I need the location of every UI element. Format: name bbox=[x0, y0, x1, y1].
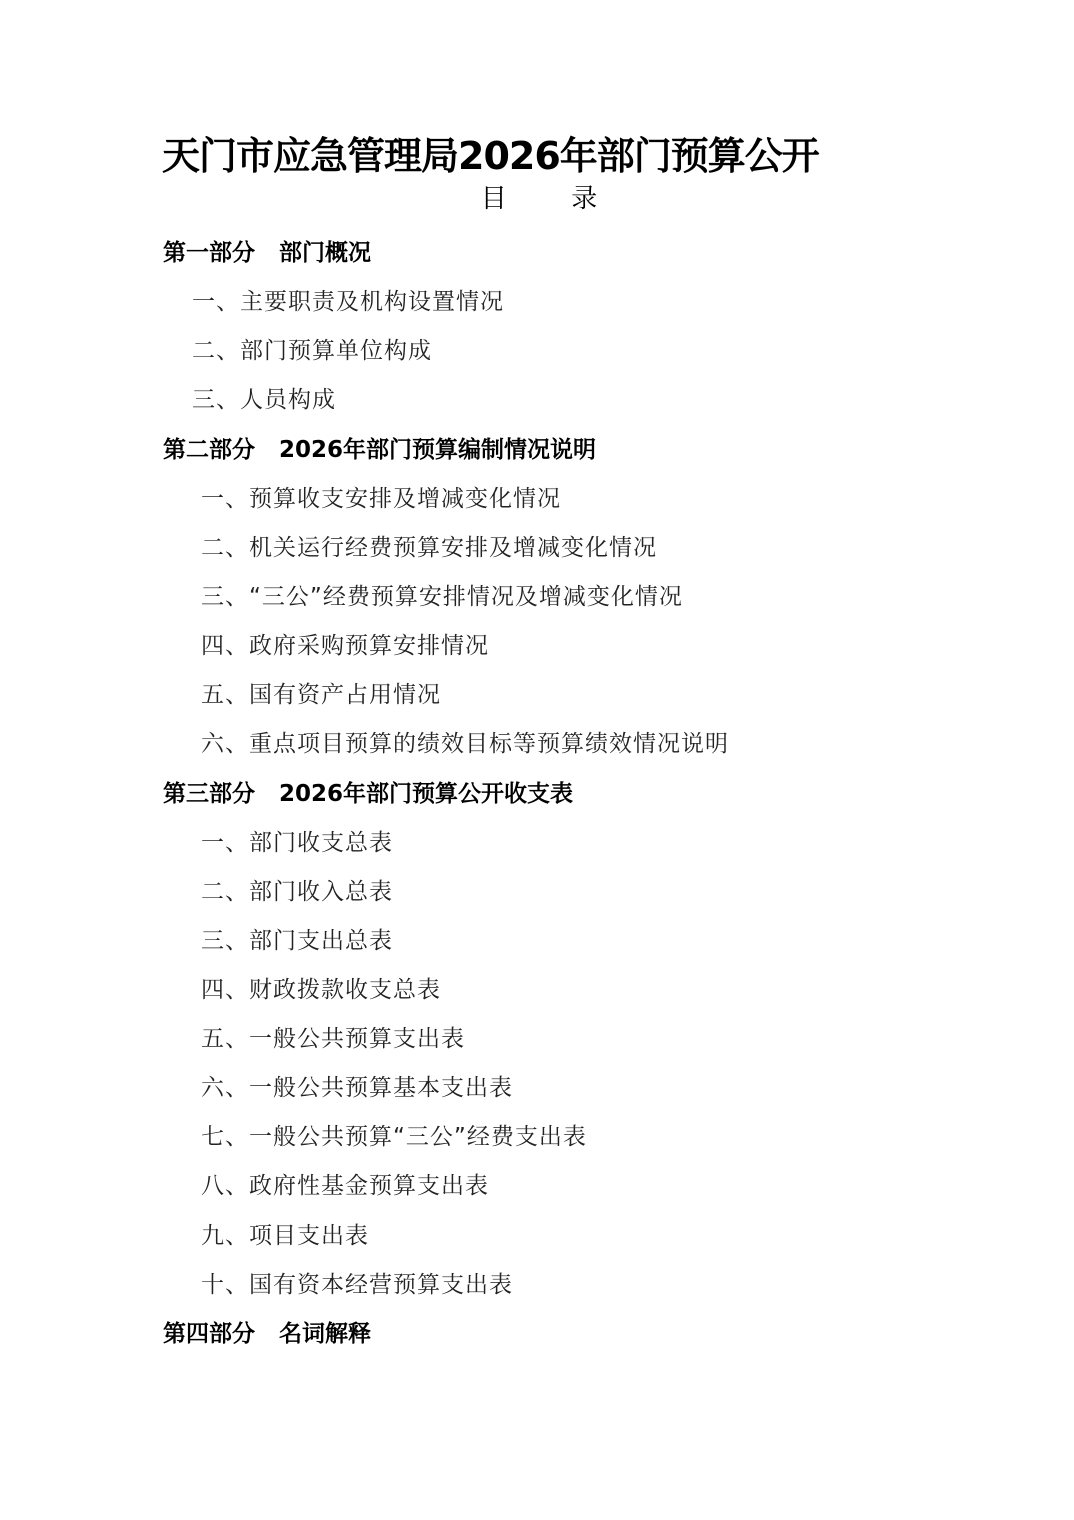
toc-part-2[interactable]: 第二部分2026年部门预算编制情况说明 bbox=[163, 434, 596, 466]
toc-item[interactable]: 八、政府性基金预算支出表 bbox=[201, 1170, 489, 1202]
part-label: 第二部分 bbox=[163, 437, 255, 463]
toc-item[interactable]: 一、预算收支安排及增减变化情况 bbox=[201, 483, 561, 515]
toc-heading-left: 目 bbox=[481, 182, 507, 216]
toc-item[interactable]: 九、项目支出表 bbox=[201, 1220, 369, 1252]
toc-heading-right: 录 bbox=[571, 182, 597, 216]
toc-heading: 目 录 bbox=[0, 182, 1074, 216]
part-title: 部门概况 bbox=[279, 240, 371, 266]
part-label: 第一部分 bbox=[163, 240, 255, 266]
document-title: 天门市应急管理局2026年部门预算公开 bbox=[162, 131, 819, 181]
toc-item[interactable]: 一、主要职责及机构设置情况 bbox=[192, 286, 504, 318]
toc-item[interactable]: 五、一般公共预算支出表 bbox=[201, 1023, 465, 1055]
toc-item[interactable]: 二、部门收入总表 bbox=[201, 876, 393, 908]
toc-item[interactable]: 三、人员构成 bbox=[192, 384, 336, 416]
part-label: 第四部分 bbox=[163, 1321, 255, 1347]
toc-item[interactable]: 一、部门收支总表 bbox=[201, 827, 393, 859]
toc-item[interactable]: 六、重点项目预算的绩效目标等预算绩效情况说明 bbox=[201, 728, 729, 760]
toc-item[interactable]: 五、国有资产占用情况 bbox=[201, 679, 441, 711]
part-title: 名词解释 bbox=[279, 1321, 371, 1347]
toc-item[interactable]: 二、部门预算单位构成 bbox=[192, 335, 432, 367]
toc-item[interactable]: 四、政府采购预算安排情况 bbox=[201, 630, 489, 662]
toc-item[interactable]: 七、一般公共预算“三公”经费支出表 bbox=[201, 1121, 587, 1153]
toc-item[interactable]: 三、部门支出总表 bbox=[201, 925, 393, 957]
toc-part-4[interactable]: 第四部分名词解释 bbox=[163, 1318, 371, 1350]
part-title: 2026年部门预算编制情况说明 bbox=[279, 437, 596, 463]
toc-item[interactable]: 十、国有资本经营预算支出表 bbox=[201, 1269, 513, 1301]
toc-item[interactable]: 六、一般公共预算基本支出表 bbox=[201, 1072, 513, 1104]
toc-item[interactable]: 四、财政拨款收支总表 bbox=[201, 974, 441, 1006]
part-label: 第三部分 bbox=[163, 781, 255, 807]
toc-item[interactable]: 三、“三公”经费预算安排情况及增减变化情况 bbox=[201, 581, 683, 613]
toc-part-1[interactable]: 第一部分部门概况 bbox=[163, 237, 371, 269]
toc-part-3[interactable]: 第三部分2026年部门预算公开收支表 bbox=[163, 778, 573, 810]
toc-item[interactable]: 二、机关运行经费预算安排及增减变化情况 bbox=[201, 532, 657, 564]
part-title: 2026年部门预算公开收支表 bbox=[279, 781, 573, 807]
